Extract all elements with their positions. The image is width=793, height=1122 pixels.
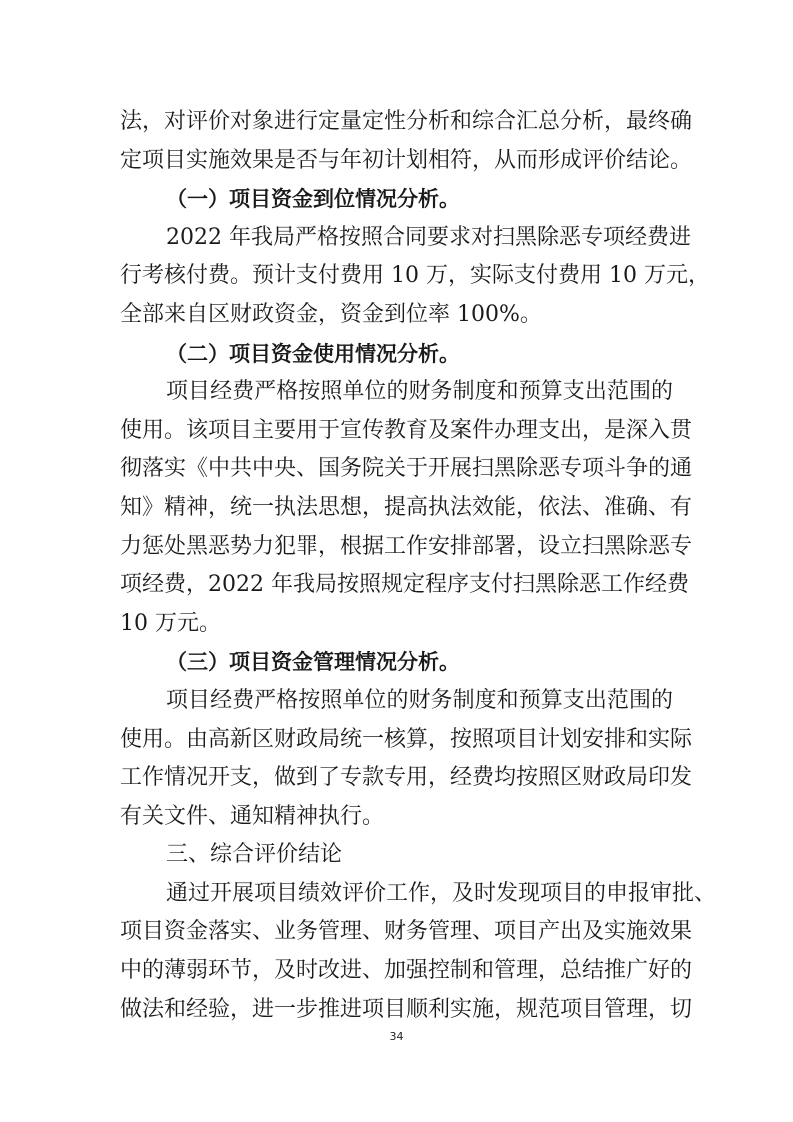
- paragraph-line: 使用。由高新区财政局统一核算，按照项目计划安排和实际: [120, 721, 673, 760]
- section-heading-funds-usage: （二）项目资金使用情况分析。: [120, 335, 673, 374]
- paragraph-line: 项目经费严格按照单位的财务制度和预算支出范围的: [120, 373, 673, 412]
- paragraph-line: 10 万元。: [120, 605, 673, 644]
- section-heading-conclusion: 三、综合评价结论: [120, 836, 673, 875]
- paragraph-line: 力惩处黑恶势力犯罪，根据工作安排部署，设立扫黑除恶专: [120, 528, 673, 567]
- paragraph-line: 使用。该项目主要用于宣传教育及案件办理支出，是深入贯: [120, 412, 673, 451]
- paragraph-line: 有关文件、通知精神执行。: [120, 798, 673, 837]
- paragraph-line: 工作情况开支，做到了专款专用，经费均按照区财政局印发: [120, 759, 673, 798]
- document-page: 法，对评价对象进行定量定性分析和综合汇总分析，最终确 定项目实施效果是否与年初计…: [120, 103, 673, 1029]
- paragraph-line: 2022 年我局严格按照合同要求对扫黑除恶专项经费进: [120, 219, 673, 258]
- paragraph-line: 做法和经验，进一步推进项目顺利实施，规范项目管理，切: [120, 991, 673, 1030]
- paragraph-line: 彻落实《中共中央、国务院关于开展扫黑除恶专项斗争的通: [120, 450, 673, 489]
- paragraph-line: 知》精神，统一执法思想，提高执法效能，依法、准确、有: [120, 489, 673, 528]
- paragraph-line: 项目资金落实、业务管理、财务管理、项目产出及实施效果: [120, 913, 673, 952]
- paragraph-line: 法，对评价对象进行定量定性分析和综合汇总分析，最终确: [120, 103, 673, 142]
- paragraph-line: 定项目实施效果是否与年初计划相符，从而形成评价结论。: [120, 142, 673, 181]
- paragraph-line: 中的薄弱环节，及时改进、加强控制和管理，总结推广好的: [120, 952, 673, 991]
- paragraph-line: 项目经费严格按照单位的财务制度和预算支出范围的: [120, 682, 673, 721]
- paragraph-line: 全部来自区财政资金，资金到位率 100%。: [120, 296, 673, 335]
- paragraph-line: 行考核付费。预计支付费用 10 万，实际支付费用 10 万元，: [120, 257, 673, 296]
- section-heading-funds-management: （三）项目资金管理情况分析。: [120, 643, 673, 682]
- section-heading-funds-arrival: （一）项目资金到位情况分析。: [120, 180, 673, 219]
- paragraph-line: 通过开展项目绩效评价工作，及时发现项目的申报审批、: [120, 875, 673, 914]
- page-number: 34: [0, 1030, 793, 1043]
- paragraph-line: 项经费，2022 年我局按照规定程序支付扫黑除恶工作经费: [120, 566, 673, 605]
